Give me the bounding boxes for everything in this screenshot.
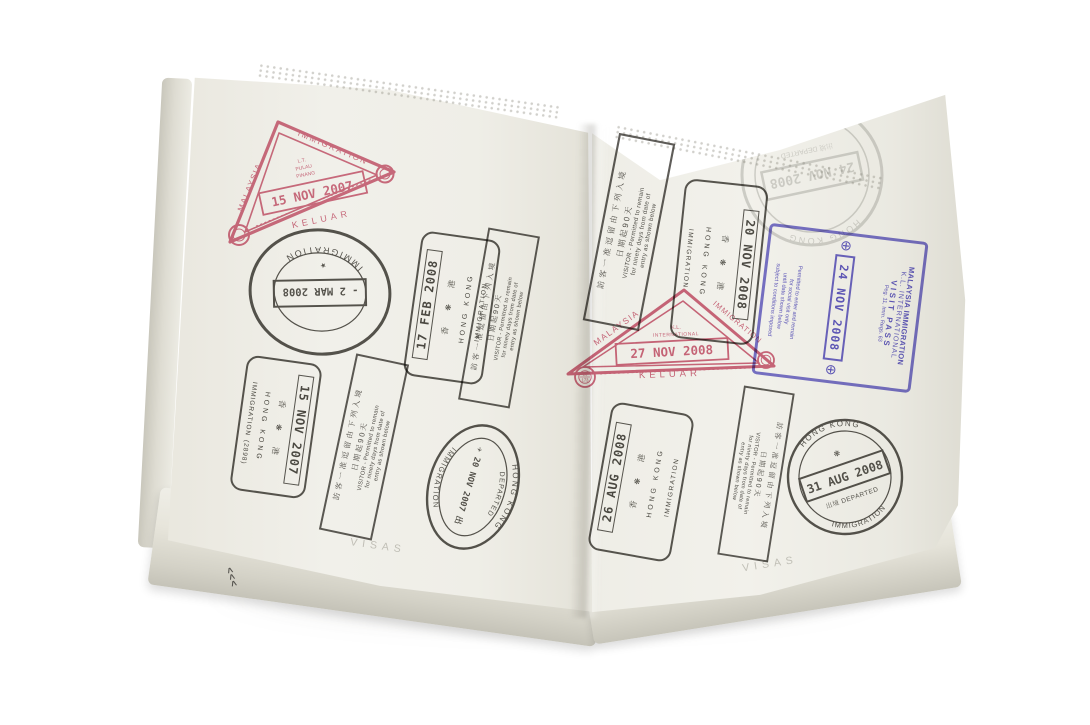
stamp-header: MALAYSIA IMMIGRATION K.L. INTERNATIONAL … xyxy=(871,243,919,386)
stamp-emblem-number: 173 xyxy=(582,378,590,383)
stamp-department: IMMIGRATION xyxy=(244,381,259,436)
stamp-city: HONG KONG xyxy=(646,448,666,522)
stamp-ring-label: IMMIGRATION xyxy=(282,240,367,273)
stamp-date: - 2 MAR 2008 xyxy=(283,284,359,297)
stamp-round-immigration: IMMIGRATION - 2 MAR 2008 ★ xyxy=(239,217,402,366)
passport-photo: <<< VISAS VISAS IMMIGRATION MALAYSIA L.T… xyxy=(0,0,1090,725)
stamp-country: MALAYSIA xyxy=(236,162,264,213)
star-icon: ★ xyxy=(320,261,327,270)
stamp-date: 27 NOV 2008 xyxy=(630,342,713,361)
stamp-office-line: L.T. xyxy=(297,157,306,165)
bauhinia-flower-icon: ❋ xyxy=(832,448,842,459)
stamp-chinese-chars-flower-icon: 香 ❋ 港 xyxy=(268,392,289,462)
stamp-department: IMMIGRATION xyxy=(663,457,680,517)
stamp-ring-text: IMMIGRATION xyxy=(763,104,837,138)
stamp-ring-bottom: IMMIGRATION xyxy=(763,104,837,138)
stamp-malaysia-kl-triangle: MALAYSIA IMMIGRATION K.L. INTERNATIONAL … xyxy=(556,284,784,396)
stamp-inner-border xyxy=(428,430,518,544)
stamp-counter-number: (2898) xyxy=(239,439,249,465)
stamp-date-plane-icon: ✈ 20 NOV 2007 出 xyxy=(452,446,486,526)
stamp-office-line: K.L. xyxy=(671,325,681,331)
stamp-office-line: INTERNATIONAL xyxy=(653,331,699,339)
stamp-chinese-chars-flower-icon: 香 ❋ 港 xyxy=(626,446,649,516)
stamp-date-row: ⊕ 24 NOV 2008 ⊕ xyxy=(821,237,858,378)
crossed-circle-emblem-icon: ⊕ xyxy=(824,363,839,376)
stamp-emblem-number: 16 xyxy=(583,372,588,377)
crossed-circle-emblem-icon: ⊕ xyxy=(839,239,854,252)
stamp-department: IMMIGRATION xyxy=(681,228,694,288)
stamp-department: IMMIGRATION xyxy=(296,129,369,167)
stamp-exit-word: KELUAR xyxy=(639,368,701,381)
stamp-date-box: 24 NOV 2008 xyxy=(823,254,856,361)
stamp-date: 24 NOV 2008 xyxy=(768,158,856,191)
stamp-ring-text: IMMIGRATION xyxy=(282,240,367,273)
stamp-chinese-chars-flower-icon: 香 ❋ 港 xyxy=(439,273,460,343)
